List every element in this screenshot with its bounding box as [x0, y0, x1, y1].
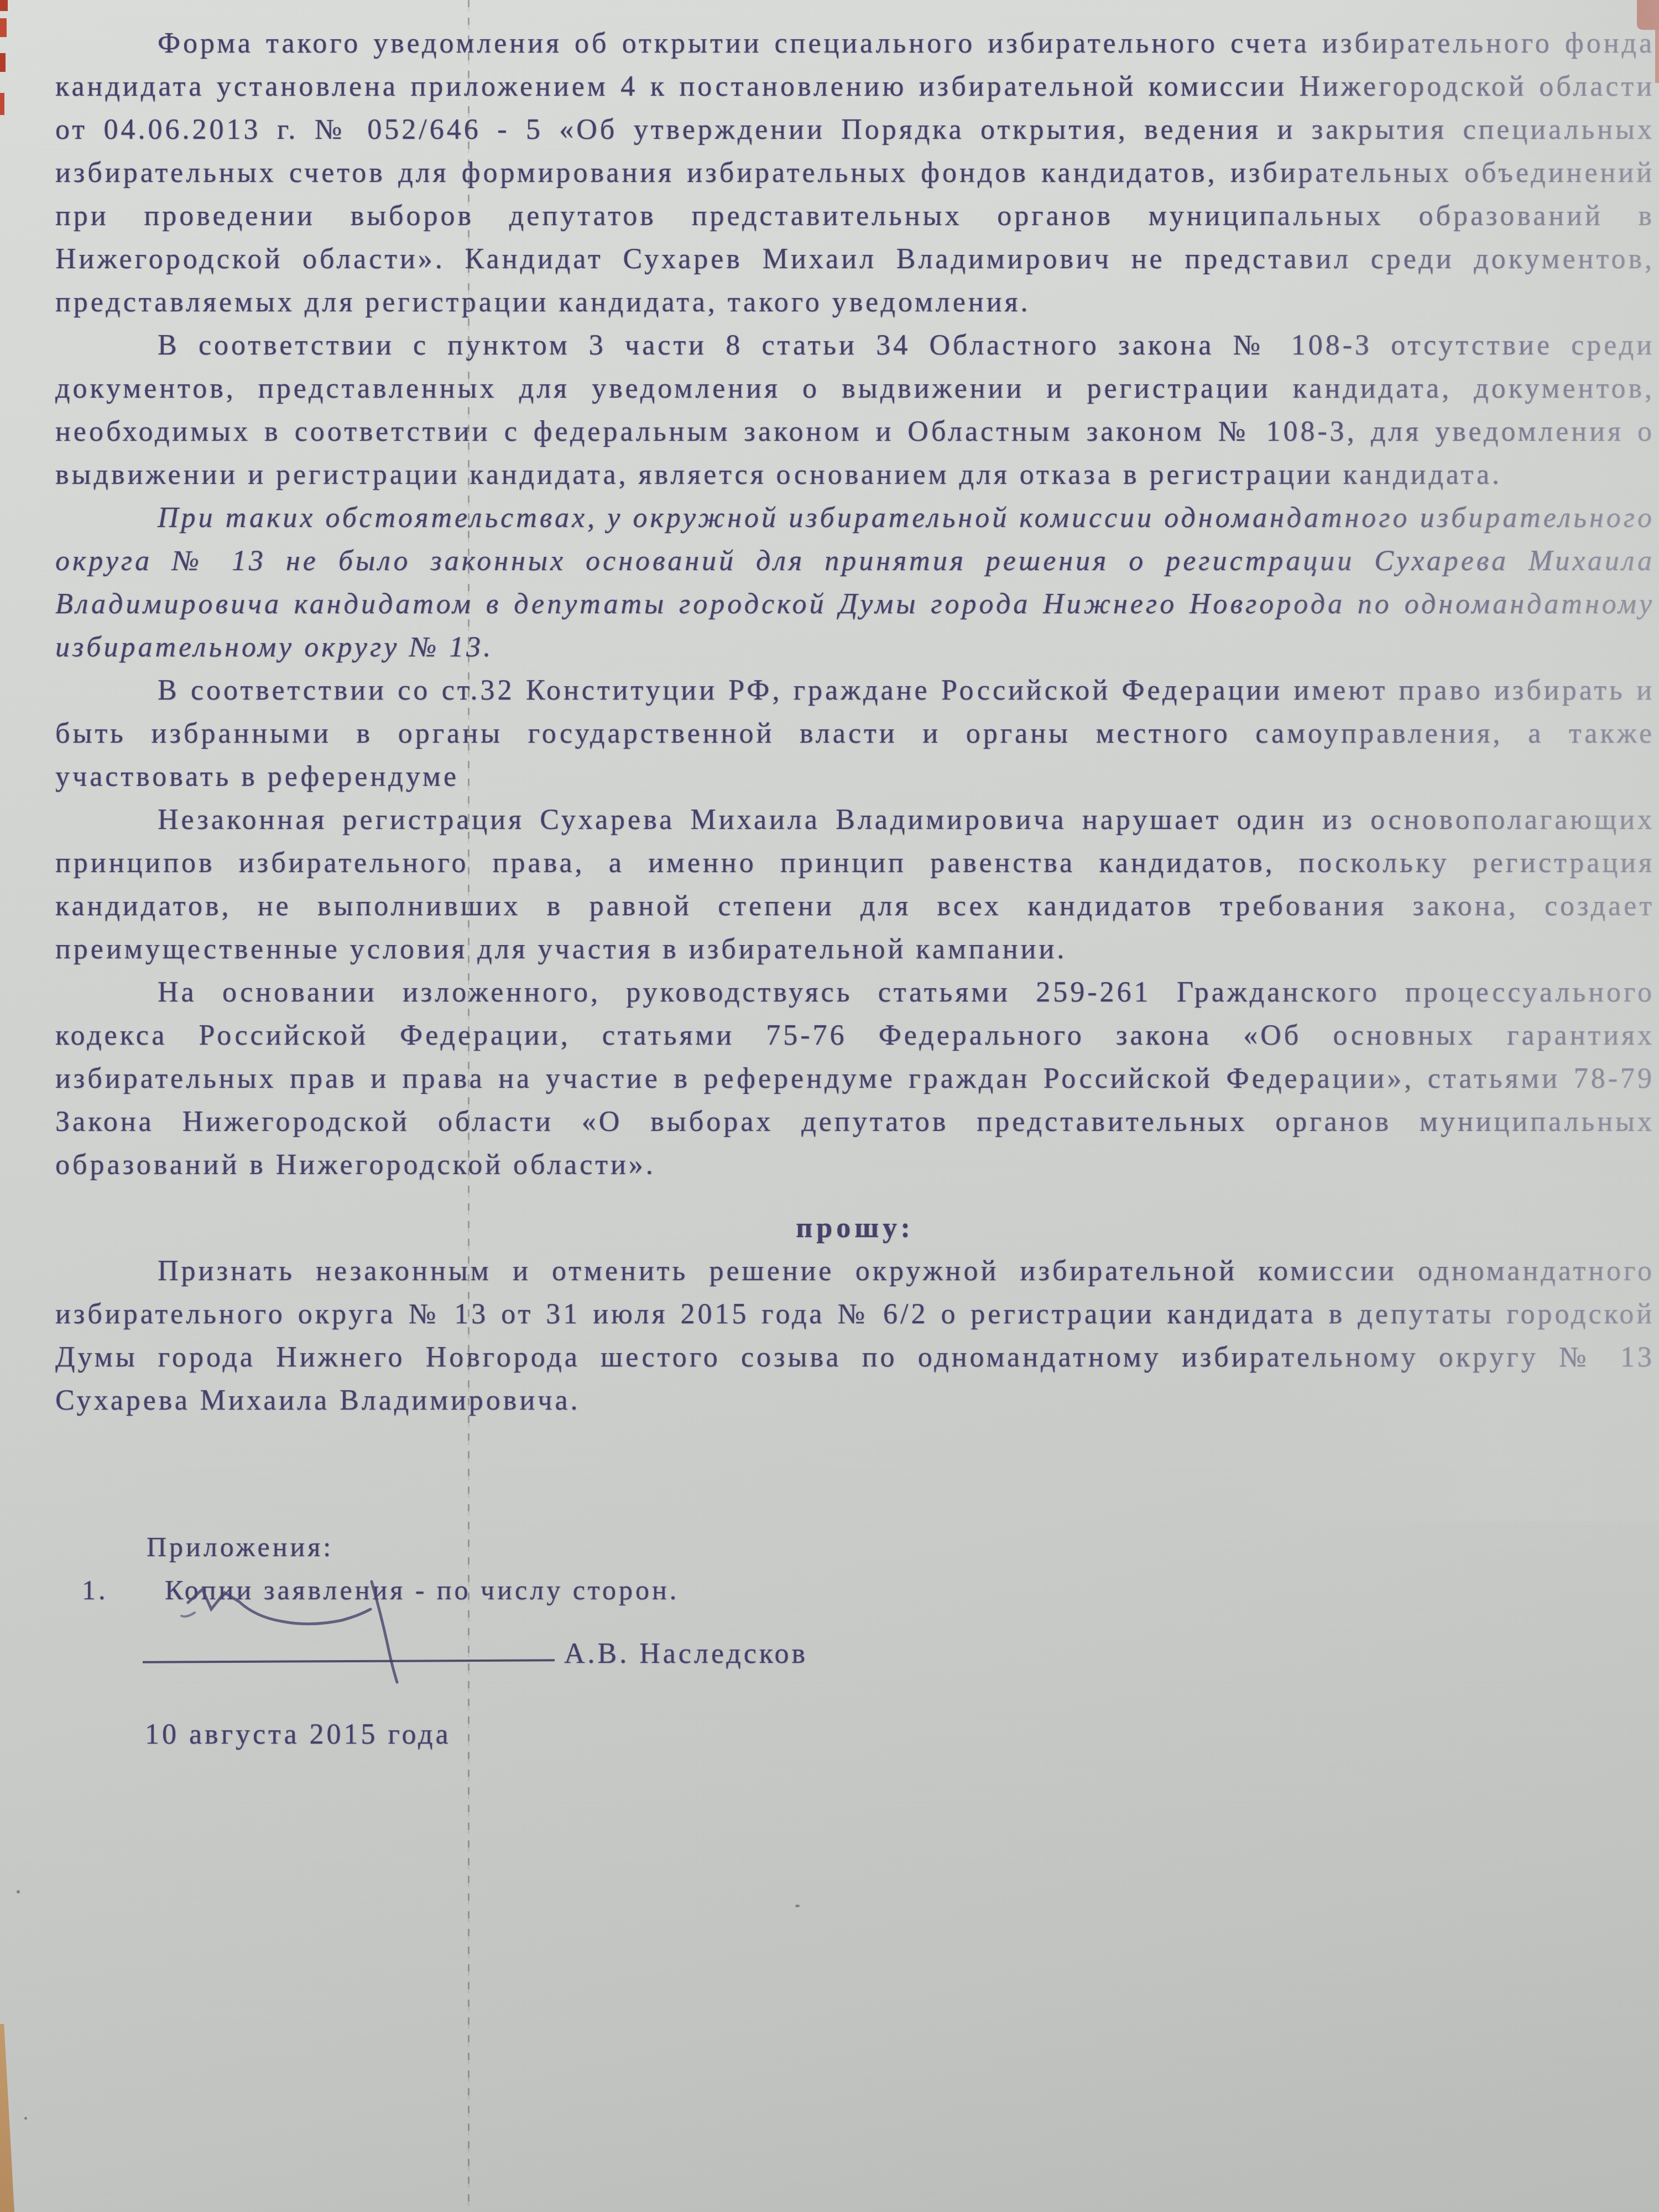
paragraph-legal-basis: На основании изложенного, руководствуясь… — [55, 971, 1655, 1187]
desk-edge — [0, 2024, 14, 2212]
handwritten-signature — [122, 1559, 465, 1692]
paragraph-law-grounds: В соответствии с пунктом 3 части 8 стать… — [55, 324, 1655, 497]
red-edge-mark — [0, 93, 4, 115]
red-edge-mark — [0, 18, 7, 37]
paragraph-notification-form: Форма такого уведомления об открытии спе… — [55, 22, 1655, 324]
paragraph-circumstances: При таких обстоятельствах, у окружной из… — [55, 497, 1655, 669]
document-body: Форма такого уведомления об открытии спе… — [55, 22, 1655, 1422]
dust-speck — [795, 1905, 800, 1907]
document-date: 10 августа 2015 года — [145, 1713, 451, 1756]
dust-speck — [17, 1890, 20, 1893]
petition-heading: прошу: — [55, 1207, 1655, 1250]
fold-crease — [468, 0, 469, 2212]
dust-speck — [24, 2117, 27, 2120]
scanned-document-page: Форма такого уведомления об открытии спе… — [0, 0, 1659, 2212]
signatory-name: А.В. Наследсков — [564, 1632, 808, 1676]
red-edge-mark — [0, 0, 8, 11]
paragraph-petition: Признать незаконным и отменить решение о… — [55, 1250, 1655, 1422]
paragraph-illegal-registration: Незаконная регистрация Сухарева Михаила … — [55, 799, 1655, 971]
red-edge-mark — [1655, 30, 1659, 83]
paragraph-constitution: В соответствии со ст.32 Конституции РФ, … — [55, 669, 1655, 799]
red-edge-mark — [0, 53, 6, 72]
